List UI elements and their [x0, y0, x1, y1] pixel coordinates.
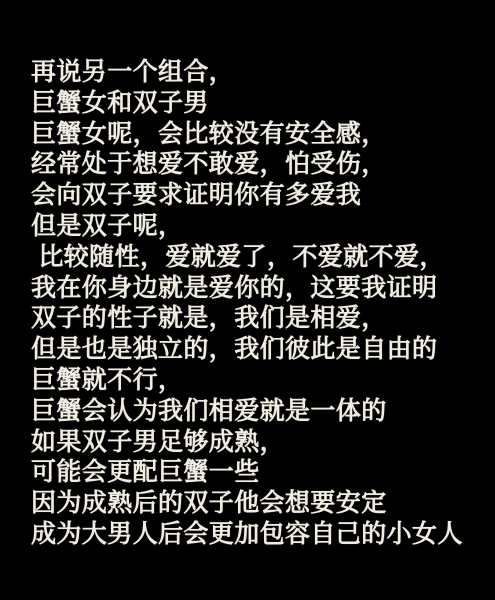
text-line: 巨蟹女和双子男: [31, 88, 477, 119]
text-line: 因为成熟后的双子他会想要安定: [31, 488, 477, 519]
text-line: 会向双子要求证明你有多爱我: [31, 180, 477, 211]
text-line: 巨蟹会认为我们相爱就是一体的: [31, 396, 477, 427]
text-line: 巨蟹女呢，会比较没有安全感，: [31, 119, 477, 150]
text-line: 但是也是独立的，我们彼此是自由的: [31, 334, 477, 365]
text-line: 再说另一个组合，: [31, 57, 477, 88]
text-line: 经常处于想爱不敢爱，怕受伤，: [31, 149, 477, 180]
text-card: 再说另一个组合，巨蟹女和双子男巨蟹女呢，会比较没有安全感，经常处于想爱不敢爱，怕…: [0, 0, 495, 600]
text-line: 成为大男人后会更加包容自己的小女人: [31, 519, 477, 550]
text-line: 但是双子呢，: [31, 211, 477, 242]
text-line: 比较随性，爱就爱了，不爱就不爱，: [31, 242, 477, 273]
text-line: 可能会更配巨蟹一些: [31, 457, 477, 488]
text-line: 双子的性子就是，我们是相爱，: [31, 303, 477, 334]
text-line: 我在你身边就是爱你的，这要我证明: [31, 273, 477, 304]
text-line: 巨蟹就不行，: [31, 365, 477, 396]
text-line: 如果双子男足够成熟，: [31, 427, 477, 458]
